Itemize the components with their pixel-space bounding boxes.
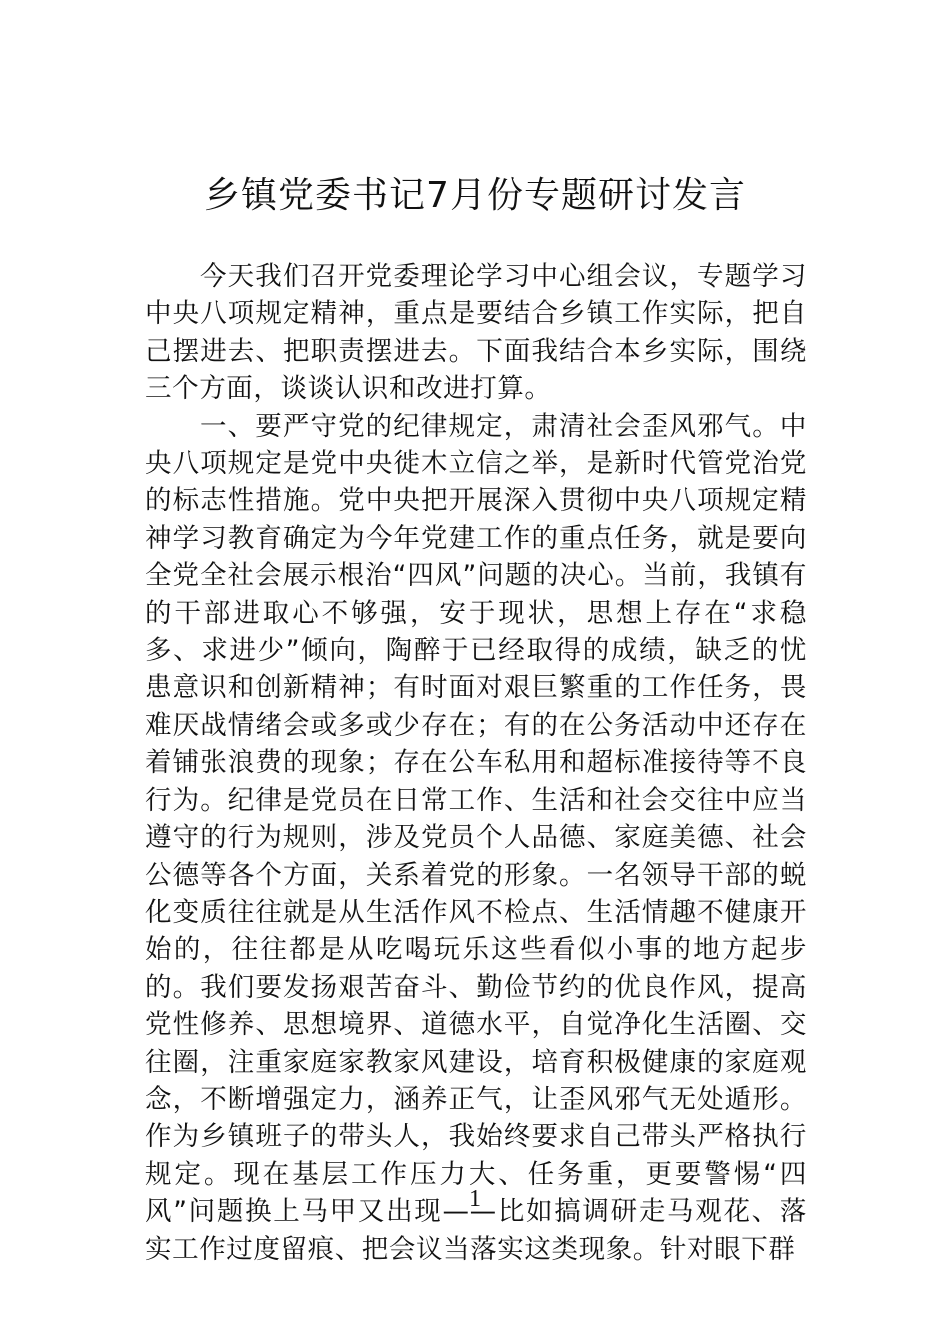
document-page: 乡镇党委书记7月份专题研讨发言 今天我们召开党委理论学习中心组会议，专题学习中央…	[0, 0, 950, 1344]
page-number: 1	[0, 1186, 950, 1213]
paragraph-intro: 今天我们召开党委理论学习中心组会议，专题学习中央八项规定精神，重点是要结合乡镇工…	[145, 258, 807, 408]
document-body: 今天我们召开党委理论学习中心组会议，专题学习中央八项规定精神，重点是要结合乡镇工…	[145, 258, 807, 1268]
paragraph-section-one: 一、要严守党的纪律规定，肃清社会歪风邪气。中央八项规定是党中央徙木立信之举，是新…	[145, 408, 807, 1268]
document-title: 乡镇党委书记7月份专题研讨发言	[0, 170, 950, 222]
